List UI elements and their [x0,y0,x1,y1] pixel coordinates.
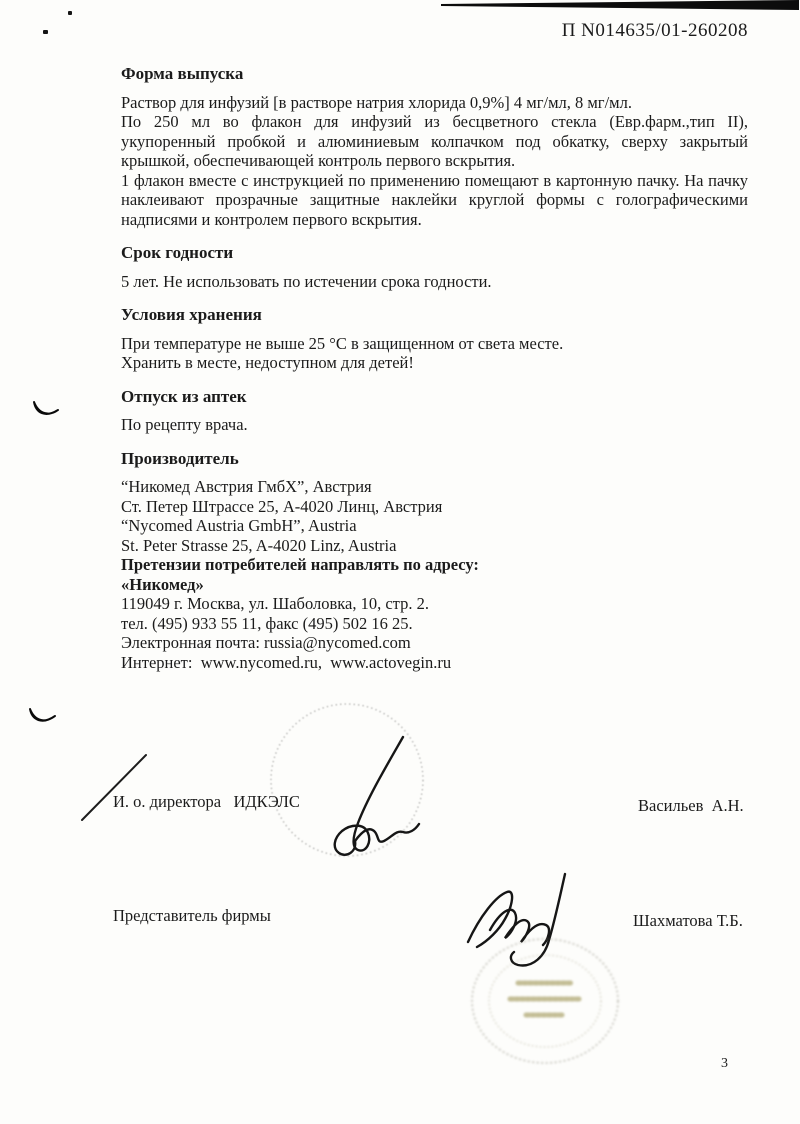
scan-artifact-crescent [27,702,57,727]
body-line: Электронная почта: russia@nycomed.com [121,633,748,653]
scan-artifact-crescent [32,396,60,420]
body-line-claims-address: Претензии потребителей направлять по адр… [121,555,748,575]
section-heading-shelf-life: Срок годности [121,243,748,263]
company-stamp [468,935,624,1069]
body-line: 119049 г. Москва, ул. Шаболовка, 10, стр… [121,594,748,614]
body-line-company-name: «Никомед» [121,575,748,595]
body-line: Раствор для инфузий [в растворе натрия х… [121,93,748,113]
body-line: St. Peter Strasse 25, A-4020 Linz, Austr… [121,536,748,556]
scan-artifact-dot [68,11,72,15]
section-heading-dispensing: Отпуск из аптек [121,387,748,407]
body-line: “Nycomed Austria GmbH”, Austria [121,516,748,536]
body-line: Хранить в месте, недоступном для детей! [121,353,748,373]
section-heading-release-form: Форма выпуска [121,64,748,84]
body-line: Ст. Петер Штрассе 25, А-4020 Линц, Австр… [121,497,748,517]
section-heading-manufacturer: Производитель [121,449,748,469]
representative-name: Шахматова Т.Б. [633,911,743,931]
body-line: надписями и контролем первого вскрытия. [121,210,748,230]
body-line: тел. (495) 933 55 11, факс (495) 502 16 … [121,614,748,634]
pen-slash-mark [76,750,154,824]
body-line: 1 флакон вместе с инструкцией по примене… [121,171,748,191]
document-body: Форма выпуска Раствор для инфузий [в рас… [121,64,748,672]
body-line: наклеивают прозрачные защитные наклейки … [121,190,748,210]
body-line: По рецепту врача. [121,415,748,435]
representative-label: Представитель фирмы [113,906,271,926]
body-line: укупоренный пробкой и алюминиевым колпач… [121,132,748,152]
body-line: крышкой, обеспечивающей контроль первого… [121,151,748,171]
director-signature [305,733,423,861]
acting-director-label: И. о. директора ИДКЭЛС [113,792,300,812]
body-line: При температуре не выше 25 °С в защищенн… [121,334,748,354]
acting-director-name: Васильев А.Н. [638,796,744,816]
scan-artifact-top-line [441,0,800,12]
body-line: По 250 мл во флакон для инфузий из бесцв… [121,112,748,132]
section-heading-storage: Условия хранения [121,305,748,325]
body-line: “Никомед Австрия ГмбХ”, Австрия [121,477,748,497]
body-line: 5 лет. Не использовать по истечении срок… [121,272,748,292]
scanned-document-page: П N014635/01-260208 Форма выпуска Раство… [0,0,800,1124]
scan-artifact-dot [43,30,48,34]
page-number: 3 [721,1056,728,1072]
registration-number: П N014635/01-260208 [562,20,748,42]
body-line: Интернет: www.nycomed.ru, www.actovegin.… [121,653,748,673]
